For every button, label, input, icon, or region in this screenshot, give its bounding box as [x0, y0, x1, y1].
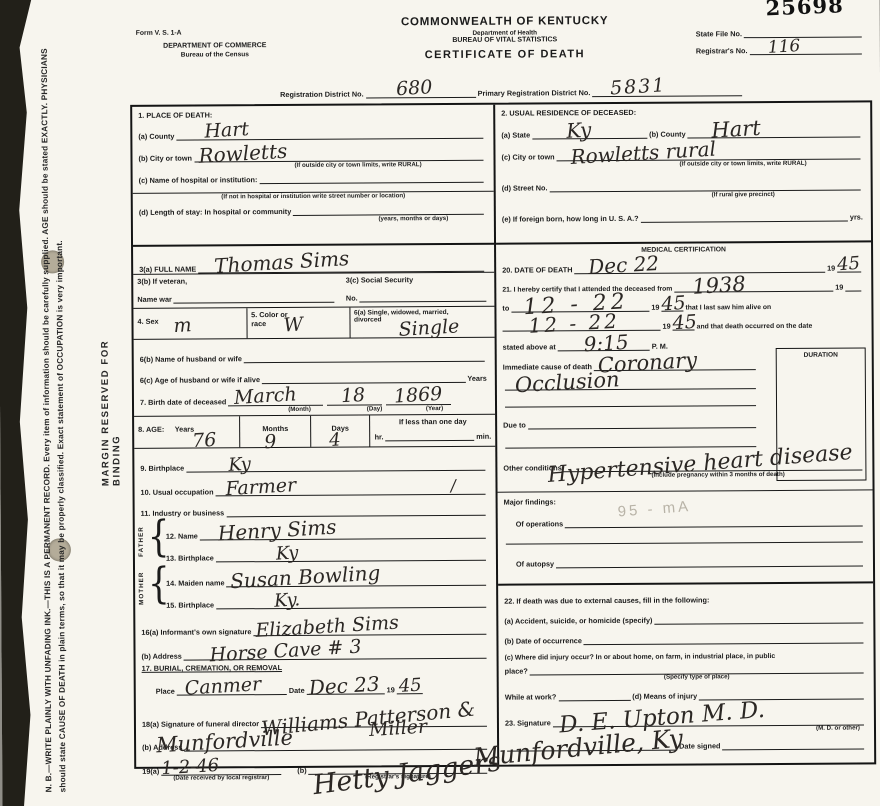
row-birthplace: 9. Birthplace Ky	[134, 447, 495, 473]
age-min-label: min.	[476, 432, 491, 441]
row-sex-race-marital: 4. Sex m 5. Color or race W 6(a) Single,…	[133, 306, 494, 340]
age-years-cell: 8. AGE: Years 76	[134, 416, 241, 448]
state-file-stamp-number: 25698	[765, 0, 844, 20]
pod-county-label: (a) County	[138, 132, 174, 141]
age-label: 8. AGE:	[138, 425, 164, 434]
mother-block: MOTHER { 14. Maiden name Susan Bowling 1…	[135, 563, 496, 612]
birthdate-day-rule: 18	[327, 393, 382, 405]
ssn-cell: 3(c) Social Security No.	[340, 273, 495, 307]
veteran-cell: 3(b) If veteran, Name war	[133, 274, 340, 308]
marital-cell: 6(a) Single, widowed, married, divorced …	[350, 307, 495, 338]
sex-label: 4. Sex	[137, 317, 158, 326]
registrar-no-label: Registrar's No.	[696, 46, 748, 55]
certify-v3y: 45	[672, 311, 697, 334]
birthplace-label: 9. Birthplace	[140, 464, 184, 473]
reg-district-value: 680	[395, 76, 432, 100]
father-birthplace-value: Ky	[275, 542, 299, 564]
res-county-value: Hart	[711, 116, 762, 143]
place-of-death-heading: 1. PLACE OF DEATH:	[138, 110, 212, 119]
age-hr-label: hr.	[375, 432, 384, 441]
res-foreign-rule	[641, 210, 848, 223]
res-street-label: (d) Street No.	[502, 183, 548, 192]
fullname-label: 3(a) FULL NAME	[139, 265, 196, 274]
ssn-rule	[360, 290, 487, 303]
age-days-value: 4	[328, 429, 341, 451]
burial-date-label: Date	[289, 686, 305, 695]
burial-block: 17. BURIAL, CREMATION, OR REMOVAL Place …	[136, 659, 497, 703]
bureau-of-census: Bureau of the Census	[130, 50, 300, 60]
margin-binding-text: MARGIN RESERVED FOR BINDING	[99, 286, 122, 486]
commonwealth-title: COMMONWEALTH OF KENTUCKY	[320, 15, 690, 29]
pod-stay-note: (years, months or days)	[333, 215, 494, 223]
work-label: While at work?	[505, 692, 557, 701]
due-to-label: Due to	[503, 421, 526, 430]
burial-place-rule: Canmer	[177, 683, 287, 696]
state-file-label: State File No.	[696, 29, 742, 38]
registrar-no-value: 116	[767, 36, 801, 58]
external-c-label2: place?	[505, 667, 528, 676]
marital-value: Single	[397, 315, 459, 341]
work-rule	[558, 689, 630, 701]
age-less-label: If less than one day	[374, 417, 491, 427]
res-state-rule: Ky	[532, 127, 647, 140]
occupation-value: Farmer	[225, 474, 297, 500]
veteran-rule	[174, 291, 334, 304]
primary-district-value: 5831	[610, 74, 668, 99]
row-age: 8. AGE: Years 76 Months 9 Days 4 If less…	[134, 414, 495, 449]
issuing-department: DEPARTMENT OF COMMERCE Bureau of the Cen…	[130, 41, 300, 60]
certificate-form: 1. PLACE OF DEATH: (a) County Hart (b) C…	[130, 100, 876, 769]
birthdate-year: 1869	[394, 383, 444, 408]
section-residence: 2. USUAL RESIDENCE OF DECEASED: (a) Stat…	[495, 102, 871, 244]
row-date-of-death: 20. DATE OF DEATH Dec 22 19 45	[496, 252, 871, 274]
row-informant-signature: 16(a) Informant's own signature Elizabet…	[135, 610, 496, 637]
res-street-rule	[549, 178, 860, 192]
father-birthplace-label: 13. Birthplace	[166, 553, 214, 562]
pod-county-value: Hart	[204, 118, 250, 143]
form-left-column: 1. PLACE OF DEATH: (a) County Hart (b) C…	[132, 105, 499, 767]
mother-brace: {	[148, 559, 160, 618]
burial-place-label: Place	[156, 687, 175, 696]
margin-warning-text: N. B.—WRITE PLAINLY WITH UNFADING INK.—T…	[38, 24, 101, 792]
certify-y19b: 19	[651, 303, 659, 312]
operations-label: Of operations	[516, 519, 563, 528]
res-foreign-suffix: yrs.	[850, 212, 863, 221]
external-b-label: (b) Date of occurrence	[504, 636, 582, 645]
certify-to-label: to	[502, 304, 509, 313]
header-center: COMMONWEALTH OF KENTUCKY Department of H…	[320, 15, 690, 62]
certificate-title: CERTIFICATE OF DEATH	[320, 48, 690, 62]
row-informant-address: (b) Address Horse Cave # 3	[135, 635, 496, 661]
fullname-rule: Thomas Sims	[198, 260, 484, 274]
certify-y19a-rule	[845, 279, 861, 291]
birthdate-label: 7. Birth date of deceased	[140, 397, 226, 407]
birthdate-month-rule: March	[228, 394, 323, 407]
race-cell: 5. Color or race W	[247, 308, 350, 339]
reg-district-label: Registration District No.	[280, 90, 364, 100]
ssn-label2: No.	[346, 294, 358, 303]
bureau-vital-statistics: BUREAU OF VITAL STATISTICS	[320, 36, 690, 45]
occupation-label: 10. Usual occupation	[141, 487, 214, 496]
age-years-value: 76	[192, 429, 217, 452]
row-spouse-name: 6(b) Name of husband or wife	[134, 338, 495, 364]
ssn-label1: 3(c) Social Security	[346, 275, 489, 285]
informant-addr-label: (b) Address	[142, 652, 182, 661]
pod-stay-rule	[293, 203, 484, 216]
mother-birthplace-value: Ky.	[273, 589, 300, 611]
time-rule: 9:15	[558, 339, 650, 352]
age-days-cell: Days 4	[311, 415, 371, 446]
pod-stay-label: (d) Length of stay: In hospital or commu…	[139, 207, 291, 217]
registration-district-line: Registration District No. 680 Primary Re…	[280, 84, 800, 99]
pod-city-value: Rowletts	[197, 139, 287, 168]
burial-year-rule: 45	[397, 682, 423, 694]
spouse-age-suffix: Years	[467, 374, 487, 383]
mother-birthplace-label: 15. Birthplace	[166, 600, 214, 609]
pod-hospital-label: (c) Name of hospital or institution:	[139, 175, 258, 185]
certify-v2y-rule: 45	[661, 300, 683, 312]
registrar-no-rule: 116	[749, 42, 861, 55]
autopsy-label: Of autopsy	[516, 559, 554, 568]
row-spouse-age: 6(c) Age of husband or wife if alive Yea…	[134, 362, 495, 385]
row-birth-date: 7. Birth date of deceased March 18 1869	[134, 383, 495, 407]
certify-y19c: 19	[663, 322, 671, 331]
father-block: FATHER { 12. Name Henry Sims 13. Birthpl…	[135, 516, 496, 565]
row-mother-maiden: 14. Maiden name Susan Bowling	[160, 563, 496, 588]
certify-block: 21. I hereby certify that I attended the…	[496, 272, 871, 351]
physician-addr-rule: Munfordville, Ky	[507, 739, 677, 752]
res-city-label: (c) City or town	[501, 152, 554, 161]
res-foreign-label: (e) If foreign born, how long in U. S. A…	[502, 214, 639, 224]
father-side-label: FATHER	[135, 518, 148, 565]
veteran-label1: 3(b) If veteran,	[137, 276, 336, 286]
primary-district-label: Primary Registration District No.	[478, 88, 591, 98]
dod-value: Dec 22	[588, 251, 660, 279]
duration-label: DURATION	[804, 352, 838, 359]
scanned-certificate-page: N. B.—WRITE PLAINLY WITH UNFADING INK.—T…	[12, 0, 880, 806]
age-months-cell: Months 9	[241, 416, 312, 447]
certify-v3y-rule: 45	[673, 318, 695, 330]
received-value: 1-2-46	[161, 755, 220, 779]
row-occupation: 10. Usual occupation Farmer /	[134, 471, 495, 497]
residence-heading: 2. USUAL RESIDENCE OF DECEASED:	[501, 108, 636, 118]
physician-sig-label: 23. Signature	[505, 718, 551, 727]
state-file-rule	[744, 25, 862, 38]
res-county-label: (b) County	[649, 130, 686, 139]
registrar-b-label: (b)	[297, 766, 306, 775]
received-rule: 1-2-46 (Date received by local registrar…	[161, 763, 281, 776]
sex-value: m	[173, 314, 192, 337]
birthdate-year-rule: 1869	[386, 393, 451, 405]
received-label: 19(a)	[142, 767, 159, 776]
torn-page-edge	[0, 0, 36, 806]
res-state-value: Ky	[565, 117, 591, 142]
burial-year-value: 45	[398, 675, 422, 697]
certify-y19a: 19	[835, 283, 843, 292]
row-mother-birthplace: 15. Birthplace Ky.	[160, 586, 496, 610]
external-d-label: (d) Means of injury	[632, 691, 697, 700]
certify-v3-rule: 12 - 22	[502, 319, 660, 332]
date-signed-rule	[722, 737, 864, 750]
certify-v1: 1938	[692, 272, 747, 299]
form-right-column: 2. USUAL RESIDENCE OF DECEASED: (a) Stat…	[495, 102, 874, 764]
section-place-of-death: 1. PLACE OF DEATH: (a) County Hart (b) C…	[132, 105, 494, 247]
age-months-value: 9	[264, 431, 277, 454]
burial-year-prefix: 19	[387, 685, 395, 694]
burial-date-rule: Dec 23	[307, 682, 385, 694]
row-father-name: 12. Name Henry Sims	[160, 516, 496, 541]
row-father-birthplace: 13. Birthplace Ky	[160, 539, 496, 563]
pod-county-rule: Hart	[176, 127, 483, 141]
stated-label: stated above at	[503, 342, 556, 351]
dod-year-rule: 45	[837, 260, 861, 272]
res-state-label: (a) State	[501, 130, 530, 139]
physician-signature-block: 23. Signature D. E. Upton M. D. (M. D. o…	[499, 699, 874, 751]
pod-city-label: (b) City or town	[138, 154, 192, 163]
major-findings-block: Major findings: 95 - mA Of operations Of…	[498, 489, 874, 585]
birthplace-value: Ky	[228, 454, 252, 476]
major-findings-heading: Major findings:	[504, 497, 556, 506]
reg-district-rule: 680	[366, 86, 476, 99]
burial-date-value: Dec 23	[308, 672, 380, 700]
res-city-rule: Rowletts rural	[557, 147, 861, 161]
registrar-sig-rule: Hetty Jaggers (Registrar's signature)	[309, 762, 488, 775]
burial-place-value: Canmer	[184, 673, 262, 699]
primary-district-rule: 5831	[592, 84, 742, 97]
father-birthplace-rule: Ky	[216, 549, 486, 563]
row-industry: 11. Industry or business	[135, 495, 496, 518]
sex-cell: 4. Sex m	[133, 308, 247, 339]
mother-birthplace-rule: Ky.	[216, 596, 486, 610]
pod-hospital-note: (If not in hospital or institution write…	[133, 192, 494, 201]
date-signed-label: Date signed	[679, 741, 720, 750]
mother-maiden-label: 14. Maiden name	[166, 578, 224, 587]
pod-hospital-rule	[259, 171, 483, 184]
row-funeral-director: 18(a) Signature of funeral director Will…	[136, 701, 497, 729]
mother-side-label: MOTHER	[135, 565, 148, 612]
certificate-header: Form V. S. 1-A DEPARTMENT OF COMMERCE Bu…	[130, 0, 873, 104]
row-full-name: 3(a) FULL NAME Thomas Sims	[133, 245, 494, 274]
director-value2: Miller	[368, 716, 427, 741]
occupation-stray-mark: /	[450, 476, 456, 495]
race-value: W	[283, 313, 304, 336]
external-d-rule	[699, 687, 864, 700]
age-hr-rule	[385, 429, 474, 442]
certify-v1-rule: 1938	[674, 280, 833, 293]
dod-year-value: 45	[837, 253, 861, 275]
veteran-label2: Name war	[137, 295, 172, 304]
form-number: Form V. S. 1-A	[136, 30, 182, 37]
dod-label: 20. DATE OF DEATH	[502, 265, 572, 274]
pod-city-rule: Rowletts	[194, 149, 484, 163]
birthdate-day: 18	[341, 384, 366, 407]
autopsy-rule	[556, 554, 863, 568]
row-veteran-ssn: 3(b) If veteran, Name war 3(c) Social Se…	[133, 272, 494, 308]
external-causes-block: 22. If death was due to external causes,…	[498, 583, 874, 701]
cause-of-death-block: DURATION Immediate cause of death Corona…	[497, 349, 873, 491]
father-name-label: 12. Name	[166, 532, 198, 541]
dod-year-prefix: 19	[827, 264, 835, 273]
age-less-cell: If less than one day hr. min.	[370, 415, 495, 447]
registrar-no-line: Registrar's No. 116	[696, 42, 864, 55]
birthdate-month: March	[234, 383, 298, 409]
